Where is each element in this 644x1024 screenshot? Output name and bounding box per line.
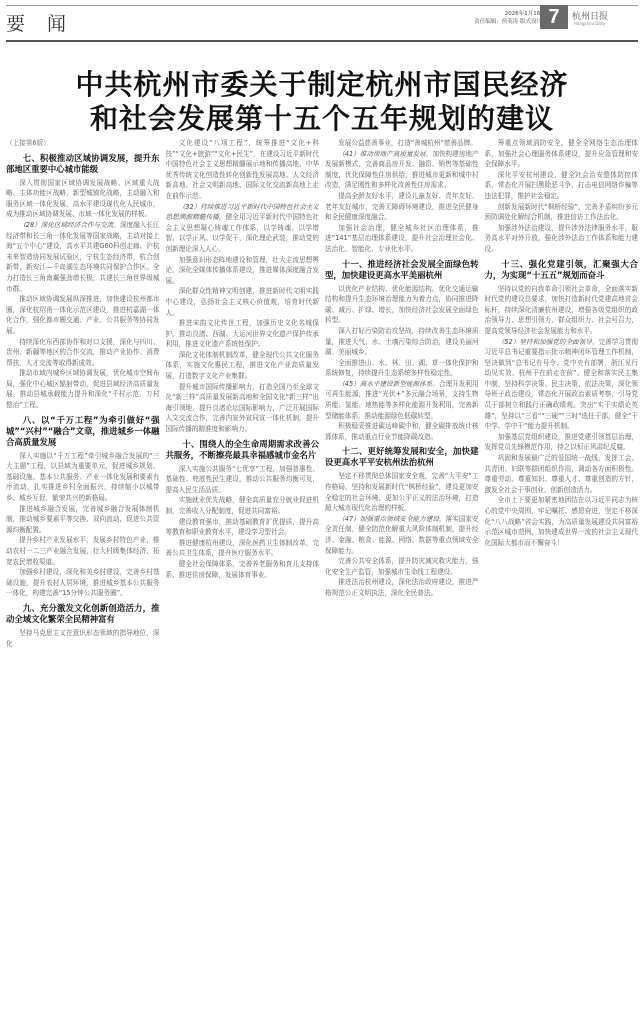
paragraph: 深入实施公共服务“七优享”工程，加强普惠性、基础性、兜底性民生建设，推动公共服务…: [166, 464, 320, 496]
paragraph: 提高全龄友好水平，建设儿童友好、青年友好、老年友好城市，完善无障碍环境建设，推进…: [325, 191, 479, 223]
masthead: 要 闻 2026年1月16日 星期五 责任编辑：侯英涛 版式设计：傅鑫君 7 杭…: [0, 0, 644, 42]
headline-line-1: 中共杭州市委关于制定杭州市国民经济: [0, 68, 644, 102]
paragraph: （45）高水平建设新型能源体系。合理开发利用可再生能源，推进“光伏+”多元融合场…: [325, 379, 479, 421]
newspaper-logo-en: Hangzhou Daily: [574, 21, 606, 26]
section-heading: 十二、更好统筹发展和安全，加快建设更高水平平安杭州法治杭州: [325, 446, 479, 468]
paragraph: 全面推进山、水、林、田、湖、草一体化保护和系统修复，持续提升生态系统多样性稳定性…: [325, 358, 479, 379]
paragraph: 深化群众性精神文明创建，推进新时代文明实践中心建设，弘扬社会主义核心价值观，培育…: [166, 286, 320, 318]
paragraph: 推进健康杭州建设，深化医药卫生体制改革，完善公共卫生体系，提升医疗服务水平。: [166, 538, 320, 559]
paragraph: 健全社会保障体系，完善养老服务和育儿支持体系，推进住房保障，发展体育事业。: [166, 559, 320, 580]
section-name: 要 闻: [6, 9, 74, 36]
paragraph: （32）持续推进习近平新时代中国特色社会主义思想溯源精髓传播。健全用习近平新时代…: [166, 202, 320, 255]
paragraph: 深化文化体制机制改革，健全现代公共文化服务体系，实施文化惠民工程，推进文化产业高…: [166, 350, 320, 382]
paragraph: （52）坚持和加强党的全面领导。完善学习贯彻习近平总书记重要指示批示精神闭环管理…: [485, 337, 639, 432]
subsection-title: （28）深化区域经济合作与交流。: [19, 221, 120, 229]
paragraph: 坚持马克思主义在意识形态领域的指导地位，深化: [6, 628, 160, 649]
section-heading: 七、积极推动区域协调发展，提升东部地区重要中心城市能级: [6, 153, 160, 175]
paragraph: 建设教育强市，推动基础教育扩优提质，提升高等教育和职业教育水平，建设学习型社会。: [166, 517, 320, 538]
subsection-title: （47）加强重点领域安全能力建设。: [338, 515, 445, 523]
paragraph: 深入贯彻国家区域协调发展战略、区域重大战略、主体功能区战略、新型城镇化战略，主动…: [6, 178, 160, 220]
paragraph: 深化平安杭州建设，健全社会治安整体防控体系，常态化开展扫黑除恶斗争，打击电信网络…: [485, 170, 639, 202]
section-heading: 九、充分激发文化创新创造活力，推动全域文化繁荣全民精神富有: [6, 603, 160, 625]
paragraph: 文化建设“八项工程”，统筹推进“文化+科技”“文化+旅游”“文化+民生”，在建设…: [166, 138, 320, 202]
paragraph: （47）加强重点领域安全能力建设。落实国家安全责任制，健全防范化解重大风险体制机…: [325, 514, 479, 556]
paragraph: 发展公益慈善事业，打造“善城杭州”慈善品牌。: [325, 138, 479, 149]
article-column-1: （上接第6版）七、积极推动区域协调发展，提升东部地区重要中心城市能级深入贯彻国家…: [6, 138, 160, 1020]
article-column-4: 筹重点领域消防安全，健全全网络生态治理体系，加强社会心理服务体系建设，提升应急管…: [485, 138, 639, 1020]
paragraph: 提升城市国际传播影响力，打造全国乃至全球文化“新三样”高质量发展新高地和全国文化…: [166, 382, 320, 435]
subsection-title: （45）高水平建设新型能源体系。: [338, 380, 439, 388]
section-heading: 八、以“千万工程”为牵引做好“强城”“兴村”“融合”文章，推进城乡一体融合高质量…: [6, 415, 160, 448]
paragraph: 巩固和发展最广泛的爱国统一战线，发挥工会、共青团、妇联等群团组织作用，调动各方面…: [485, 453, 639, 495]
paragraph: 推进法治杭州建设，深化法治政府建设，推进严格规范公正文明执法，深化全民普法。: [325, 577, 479, 598]
paragraph: 推进宋韵文化传世工程，加强历史文化名城保护，推动良渚、西湖、大运河世界文化遗产保…: [166, 318, 320, 350]
paragraph: 加强乡村建设，深化和美乡村建设，完善乡村基础设施，提升农村人居环境，推进城乡基本…: [6, 567, 160, 599]
bottom-rule: [6, 40, 638, 42]
paragraph: 加强基层党组织建设，推进党建引领基层治理，发挥党员先锋模范作用，持之以恒正风肃纪…: [485, 432, 639, 453]
paragraph: 提升乡村产业发展水平，发展乡村特色产业，推动农村一二三产业融合发展，壮大村级集体…: [6, 535, 160, 567]
paragraph: （41）推动房地产高质量发展。加快构建房地产发展新模式，完善商品房开发、融资、销…: [325, 149, 479, 191]
paragraph: 坚持以党的自我革命引领社会革命，全面落实新时代党的建设总要求，加快打造新时代党建…: [485, 284, 639, 337]
paragraph: 推动市域内城乡区域协调发展，优化城市空间布局，强化中心城区辐射带动，促进县域经济…: [6, 368, 160, 410]
paragraph: 推进城乡融合发展，完善城乡融合发展体制机制，推动城乡要素平等交换、双向流动，促进…: [6, 504, 160, 536]
section-heading: 十、围绕人的全生命周期需求改善公共服务，不断擦亮最具幸福感城市金名片: [166, 439, 320, 461]
paragraph: 深入打好污染防治攻坚战，持续改善生态环境质量，推进大气、水、土壤污染综合防治，建…: [325, 326, 479, 358]
paragraph: 全市上下要更加紧密地团结在以习近平同志为核心的党中央周围，牢记嘱托、感恩奋进，坚…: [485, 495, 639, 548]
paragraph: 以优化产业结构、优化能源结构、优化交通运输结构和提升生态环境治理能力为着力点，协…: [325, 284, 479, 326]
continuation-note: （上接第6版）: [6, 138, 160, 149]
article-column-3: 发展公益慈善事业，打造“善城杭州”慈善品牌。（41）推动房地产高质量发展。加快构…: [325, 138, 479, 1020]
paragraph: 加强意识形态阵地建设和管理，壮大主流思想舆论，深化全媒体传播体系建设，推进媒体深…: [166, 255, 320, 287]
paragraph: 加强涉外法治建设，提升涉外法律服务水平，服务高水平对外开放，强化涉外法治工作体系…: [485, 223, 639, 255]
subsection-title: （52）坚持和加强党的全面领导。: [498, 338, 599, 346]
section-heading: 十一、推进经济社会发展全面绿色转型，加快建设更高水平美丽杭州: [325, 259, 479, 281]
section-heading: 十三、强化党建引领，汇聚强大合力，为实现“十五五”规划而奋斗: [485, 259, 639, 281]
paragraph: （28）深化区域经济合作与交流。深度融入长江经济带和长三角一体化发展等国家战略，…: [6, 220, 160, 294]
paragraph: 坚定不移贯彻总体国家安全观，完善“大平安”工作格局，坚持和发展新时代“枫桥经验”…: [325, 471, 479, 513]
paragraph-text: 深度融入长江经济带和长三角一体化发展等国家战略，主动对接上海“五个中心”建设，高…: [6, 221, 160, 293]
paragraph: 加强社会治理，健全城乡社区治理体系，推进“141”基层治理体系建设，提升社会治理…: [325, 223, 479, 255]
paragraph: 深入实施以“千万工程”牵引城乡融合发展的“三大主题”工程，以县域为重要单元，促进…: [6, 451, 160, 504]
paragraph-text: 完善学习贯彻习近平总书记重要指示批示精神闭环管理工作机制，坚决做到“总书记有号令…: [485, 338, 639, 431]
paragraph: 积极稳妥推进碳达峰碳中和，健全碳排放统计核算体系，推动重点行业节能降碳改造。: [325, 421, 479, 442]
paragraph: 实施就业优先战略，健全高质量充分就业促进机制，完善收入分配制度，促进共同富裕。: [166, 495, 320, 516]
headline: 中共杭州市委关于制定杭州市国民经济 和社会发展第十五个五年规划的建议: [0, 68, 644, 136]
paragraph: 完善公共安全体系，提升防灾减灾救灾能力，强化安全生产监管，加强城市生命线工程建设…: [325, 556, 479, 577]
page-number: 7: [540, 5, 568, 29]
paragraph: 创新发展新时代“枫桥经验”，完善矛盾纠纷多元预防调处化解综合机制，推进信访工作法…: [485, 202, 639, 223]
article-columns: （上接第6版）七、积极推动区域协调发展，提升东部地区重要中心城市能级深入贯彻国家…: [6, 138, 638, 1020]
paragraph: 推动区域协调发展纵深推进，加快建设杭州都市圈，深化杭绍甬一体化示范区建设，推进杭…: [6, 294, 160, 336]
subsection-title: （41）推动房地产高质量发展。: [338, 150, 432, 158]
paragraph: 筹重点领域消防安全，健全全网络生态治理体系，加强社会心理服务体系建设，提升应急管…: [485, 138, 639, 170]
paragraph: 持续深化东西部协作和对口支援，深化与四川、贵州、新疆等地区的合作交流，推动产业协…: [6, 337, 160, 369]
article-column-2: 文化建设“八项工程”，统筹推进“文化+科技”“文化+旅游”“文化+民生”，在建设…: [166, 138, 320, 1020]
headline-line-2: 和社会发展第十五个五年规划的建议: [0, 102, 644, 136]
